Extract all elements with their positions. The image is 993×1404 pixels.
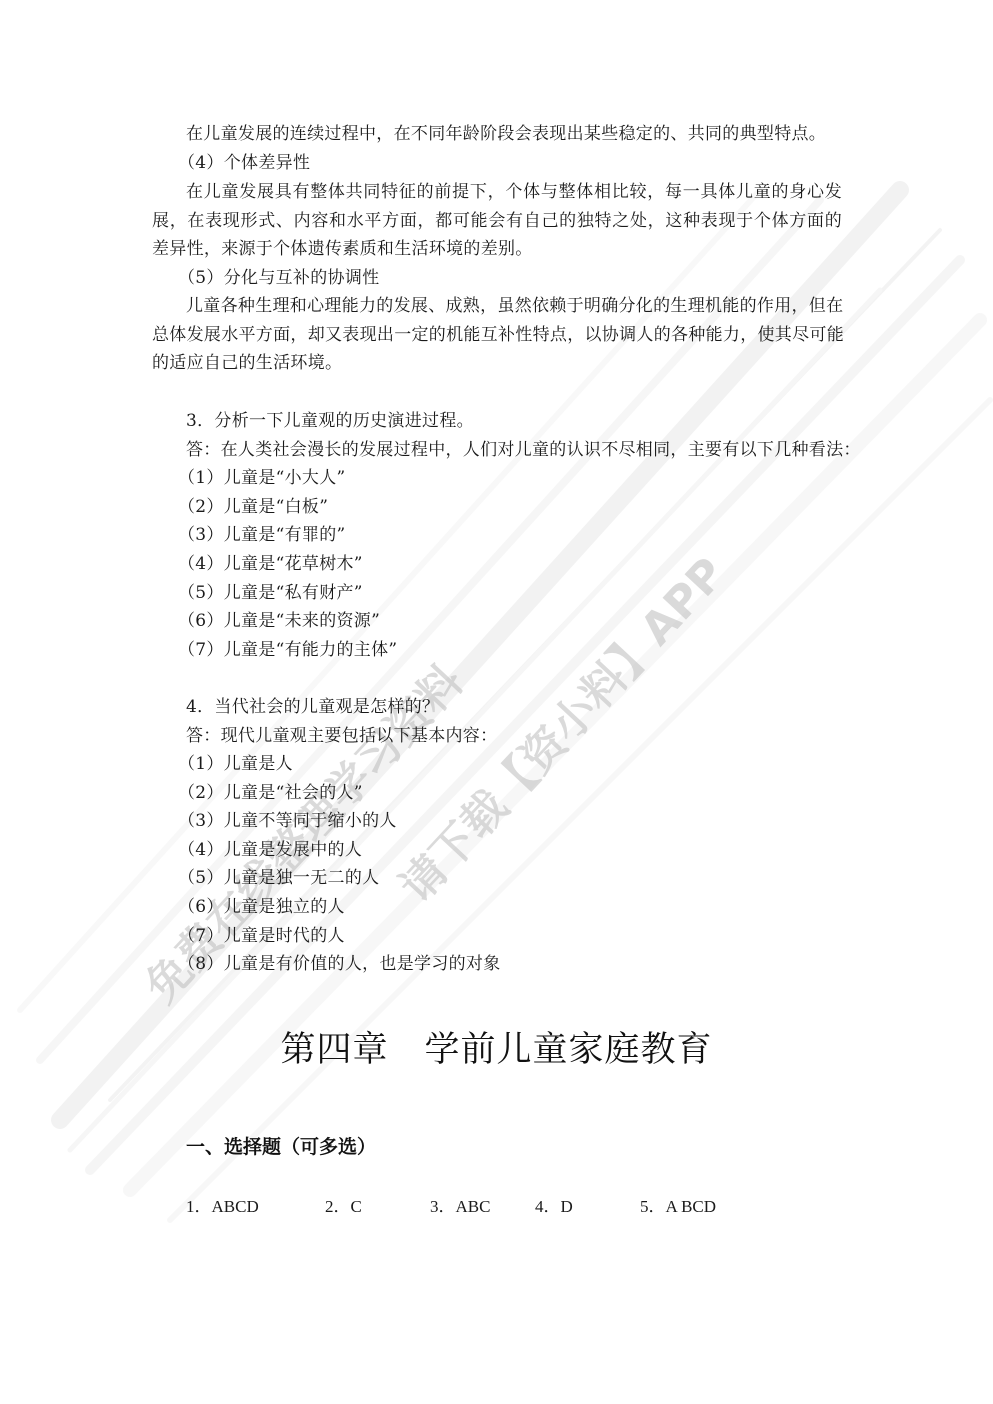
list-item: （4）儿童是发展中的人 — [178, 840, 362, 860]
paragraph-line: 的适应自己的生活环境。 — [152, 353, 342, 373]
answer-item: 5．A BCD — [640, 1197, 716, 1217]
list-item: （6）儿童是独立的人 — [178, 897, 345, 917]
list-item: （5）儿童是独一无二的人 — [178, 868, 379, 888]
paragraph-line: 差异性，来源于个体遗传素质和生活环境的差别。 — [152, 239, 533, 259]
answer-value: D — [561, 1197, 573, 1216]
chapter-name: 学前儿童家庭教育 — [425, 1030, 713, 1070]
list-item: （7）儿童是“有能力的主体” — [178, 640, 397, 660]
section-heading-multiple-choice: 一、选择题（可多选） — [186, 1135, 376, 1159]
answer-number: 4． — [535, 1197, 561, 1216]
chapter-title: 第四章学前儿童家庭教育 — [0, 1028, 993, 1072]
item-heading-coordination: （5）分化与互补的协调性 — [178, 268, 379, 288]
answer-item: 4．D — [535, 1197, 573, 1217]
paragraph-line: 儿童各种生理和心理能力的发展、成熟，虽然依赖于明确分化的生理机能的作用，但在 — [186, 296, 842, 316]
question-4-answer-intro: 答：现代儿童观主要包括以下基本内容： — [186, 726, 497, 746]
answer-value: ABCD — [212, 1197, 259, 1216]
document-page: 在儿童发展的连续过程中，在不同年龄阶段会表现出某些稳定的、共同的典型特点。 （4… — [0, 0, 993, 1404]
answer-item: 3．ABC — [430, 1197, 490, 1217]
answer-number: 5． — [640, 1197, 666, 1216]
question-4-title: 4．当代社会的儿童观是怎样的？ — [186, 697, 439, 717]
answer-item: 1．ABCD — [186, 1197, 259, 1217]
paragraph-line: 展，在表现形式、内容和水平方面，都可能会有自己的独特之处，这种表现于个体方面的 — [152, 211, 842, 231]
item-heading-individual-differences: （4）个体差异性 — [178, 153, 310, 173]
list-item: （6）儿童是“未来的资源” — [178, 611, 380, 631]
list-item: （2）儿童是“社会的人” — [178, 783, 363, 803]
paragraph-typical-features: 在儿童发展的连续过程中，在不同年龄阶段会表现出某些稳定的、共同的典型特点。 — [186, 124, 826, 144]
list-item: （1）儿童是“小大人” — [178, 468, 346, 488]
answer-value: C — [351, 1197, 362, 1216]
answer-number: 3． — [430, 1197, 456, 1216]
answer-value: A BCD — [666, 1197, 717, 1216]
list-item: （1）儿童是人 — [178, 754, 293, 774]
list-item: （3）儿童是“有罪的” — [178, 525, 346, 545]
list-item: （4）儿童是“花草树木” — [178, 554, 363, 574]
list-item: （2）儿童是“白板” — [178, 497, 328, 517]
question-3-title: 3．分析一下儿童观的历史演进过程。 — [186, 411, 474, 431]
question-3-answer-intro: 答：在人类社会漫长的发展过程中，人们对儿童的认识不尽相同，主要有以下几种看法： — [186, 440, 842, 460]
list-item: （7）儿童是时代的人 — [178, 926, 345, 946]
list-item: （3）儿童不等同于缩小的人 — [178, 811, 397, 831]
answer-number: 2． — [325, 1197, 351, 1216]
chapter-number: 第四章 — [280, 1030, 388, 1070]
list-item: （8）儿童是有价值的人，也是学习的对象 — [178, 954, 501, 974]
answer-item: 2．C — [325, 1197, 362, 1217]
list-item: （5）儿童是“私有财产” — [178, 583, 363, 603]
paragraph-line: 在儿童发展具有整体共同特征的前提下，个体与整体相比较，每一具体儿童的身心发 — [186, 182, 842, 202]
paragraph-line: 总体发展水平方面，却又表现出一定的机能互补性特点，以协调人的各种能力，使其尽可能 — [152, 325, 842, 345]
answer-number: 1． — [186, 1197, 212, 1216]
answer-value: ABC — [456, 1197, 491, 1216]
